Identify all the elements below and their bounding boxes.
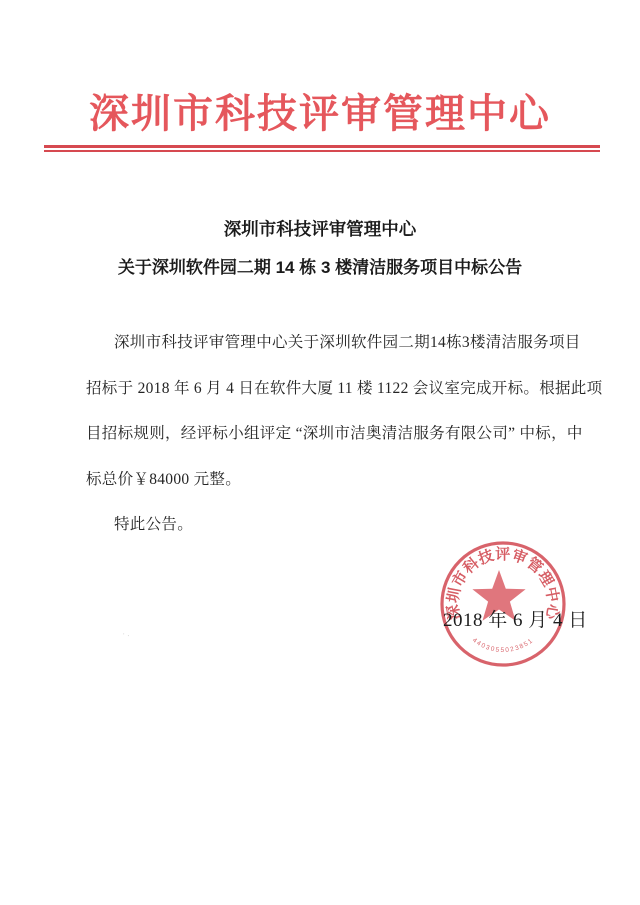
body-line-1: 深圳市科技评审管理中心关于深圳软件园二期14栋3楼清洁服务项目 bbox=[86, 320, 558, 366]
seal-code: 4403055023851 bbox=[471, 637, 535, 654]
body-text: 深圳市科技评审管理中心关于深圳软件园二期14栋3楼清洁服务项目 招标于 2018… bbox=[86, 320, 558, 548]
rule-bottom-line bbox=[44, 150, 600, 152]
official-seal: 深圳市科技评审管理中心 4403055023851 bbox=[428, 529, 578, 679]
scanned-document-page: 深圳市科技评审管理中心 深圳市科技评审管理中心 关于深圳软件园二期 14 栋 3… bbox=[0, 0, 640, 905]
letterhead-double-rule bbox=[44, 145, 600, 152]
letterhead-org-name: 深圳市科技评审管理中心 bbox=[0, 82, 640, 139]
svg-text:4403055023851: 4403055023851 bbox=[471, 637, 535, 654]
document-title-line2: 关于深圳软件园二期 14 栋 3 楼清洁服务项目中标公告 bbox=[0, 253, 640, 278]
body-line-3: 目招标规则，经评标小组评定 “深圳市洁奥清洁服务有限公司” 中标，中 bbox=[86, 411, 558, 457]
document-title-line1: 深圳市科技评审管理中心 bbox=[0, 216, 640, 241]
document-title: 深圳市科技评审管理中心 关于深圳软件园二期 14 栋 3 楼清洁服务项目中标公告 bbox=[0, 216, 640, 278]
body-line-4: 标总价￥84000 元整。 bbox=[86, 457, 558, 503]
body-line-2: 招标于 2018 年 6 月 4 日在软件大厦 11 楼 1122 会议室完成开… bbox=[86, 366, 558, 412]
scan-artifact: ·· bbox=[121, 629, 134, 642]
seal-graphic: 深圳市科技评审管理中心 4403055023851 bbox=[428, 529, 578, 679]
document-date: 2018 年 6 月 4 日 bbox=[443, 605, 588, 632]
